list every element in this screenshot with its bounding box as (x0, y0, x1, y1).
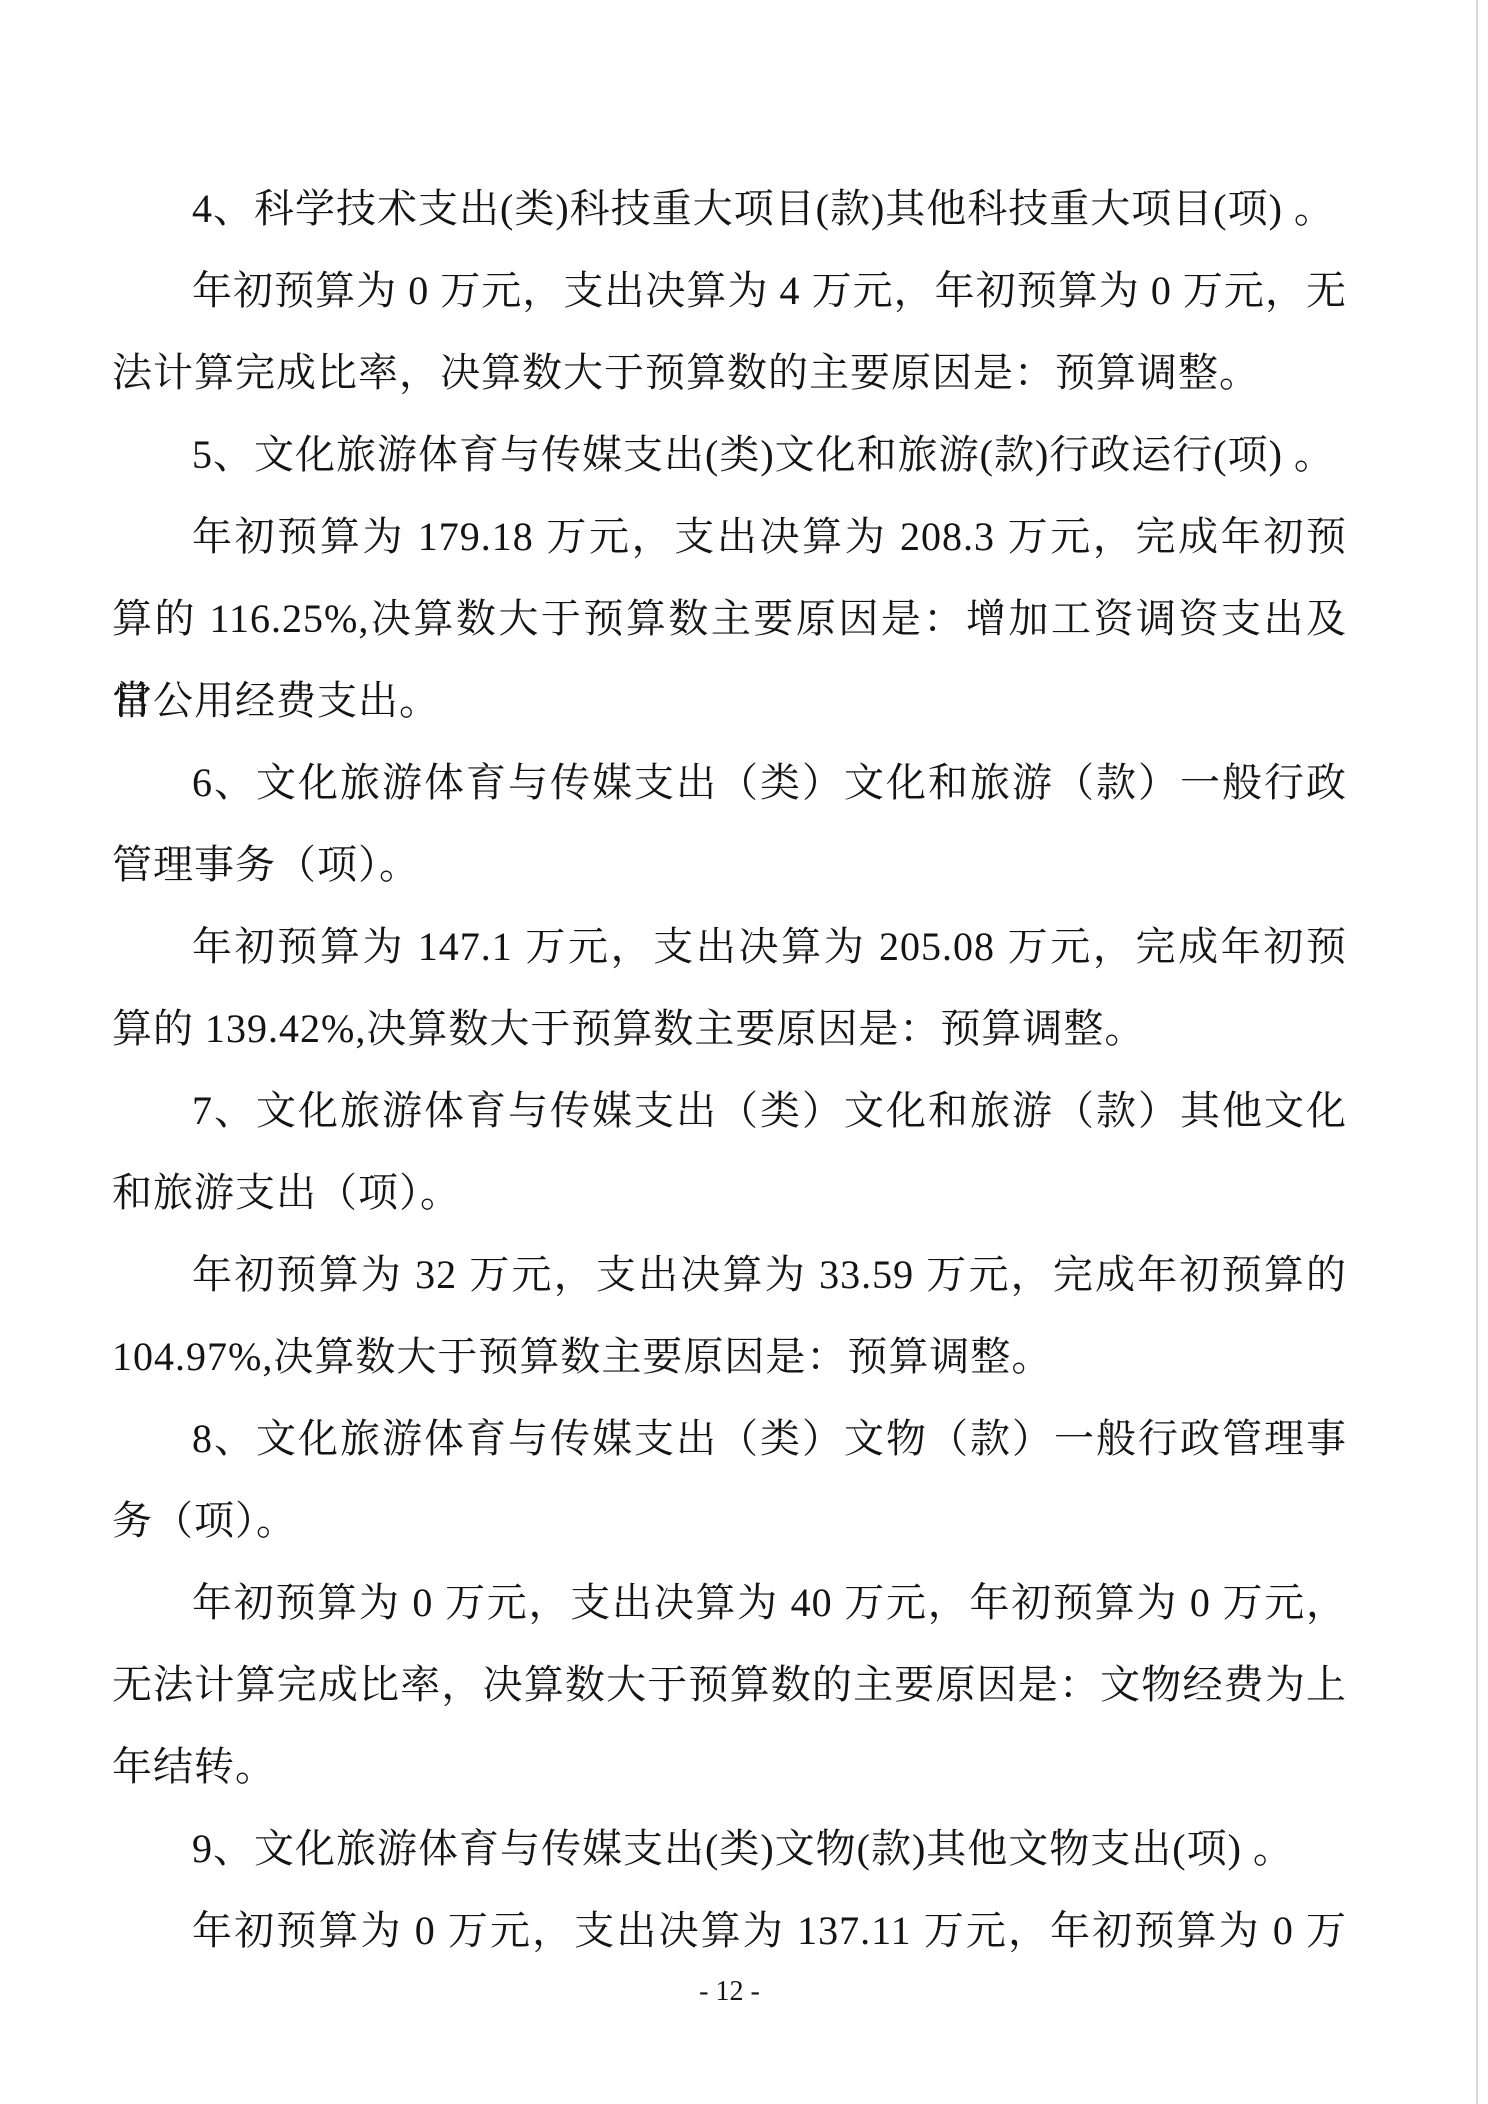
document-line: 年初预算为 0 万元，支出决算为 40 万元，年初预算为 0 万元， (112, 1562, 1347, 1644)
document-line: 5、文化旅游体育与传媒支出(类)文化和旅游(款)行政运行(项) 。 (112, 414, 1347, 496)
document-line: 7、文化旅游体育与传媒支出（类）文化和旅游（款）其他文化 (112, 1070, 1347, 1152)
document-line: 法计算完成比率，决算数大于预算数的主要原因是：预算调整。 (112, 332, 1347, 414)
document-line: 年初预算为 179.18 万元，支出决算为 208.3 万元，完成年初预 (112, 496, 1347, 578)
document-line: 常公用经费支出。 (112, 660, 1347, 742)
scan-edge-line (1476, 0, 1478, 2104)
document-line: 年初预算为 0 万元，支出决算为 137.11 万元，年初预算为 0 万 (112, 1890, 1347, 1972)
document-line: 算的 139.42%,决算数大于预算数主要原因是：预算调整。 (112, 988, 1347, 1070)
document-line: 104.97%,决算数大于预算数主要原因是：预算调整。 (112, 1316, 1347, 1398)
document-line: 管理事务（项）。 (112, 824, 1347, 906)
document-line: 和旅游支出（项）。 (112, 1152, 1347, 1234)
document-page: 4、科学技术支出(类)科技重大项目(款)其他科技重大项目(项) 。 年初预算为 … (0, 0, 1488, 2104)
document-line: 年初预算为 32 万元，支出决算为 33.59 万元，完成年初预算的 (112, 1234, 1347, 1316)
document-line: 年初预算为 147.1 万元，支出决算为 205.08 万元，完成年初预 (112, 906, 1347, 988)
document-line: 4、科学技术支出(类)科技重大项目(款)其他科技重大项目(项) 。 (112, 168, 1347, 250)
document-line: 8、文化旅游体育与传媒支出（类）文物（款）一般行政管理事 (112, 1398, 1347, 1480)
document-line: 务（项）。 (112, 1480, 1347, 1562)
document-body: 4、科学技术支出(类)科技重大项目(款)其他科技重大项目(项) 。 年初预算为 … (112, 168, 1347, 1972)
document-line: 年初预算为 0 万元，支出决算为 4 万元，年初预算为 0 万元，无 (112, 250, 1347, 332)
document-line: 年结转。 (112, 1726, 1347, 1808)
document-line: 9、文化旅游体育与传媒支出(类)文物(款)其他文物支出(项) 。 (112, 1808, 1347, 1890)
page-number: - 12 - (112, 1972, 1347, 2012)
document-line: 算的 116.25%,决算数大于预算数主要原因是：增加工资调资支出及日 (112, 578, 1347, 660)
document-line: 6、文化旅游体育与传媒支出（类）文化和旅游（款）一般行政 (112, 742, 1347, 824)
document-line: 无法计算完成比率，决算数大于预算数的主要原因是：文物经费为上 (112, 1644, 1347, 1726)
